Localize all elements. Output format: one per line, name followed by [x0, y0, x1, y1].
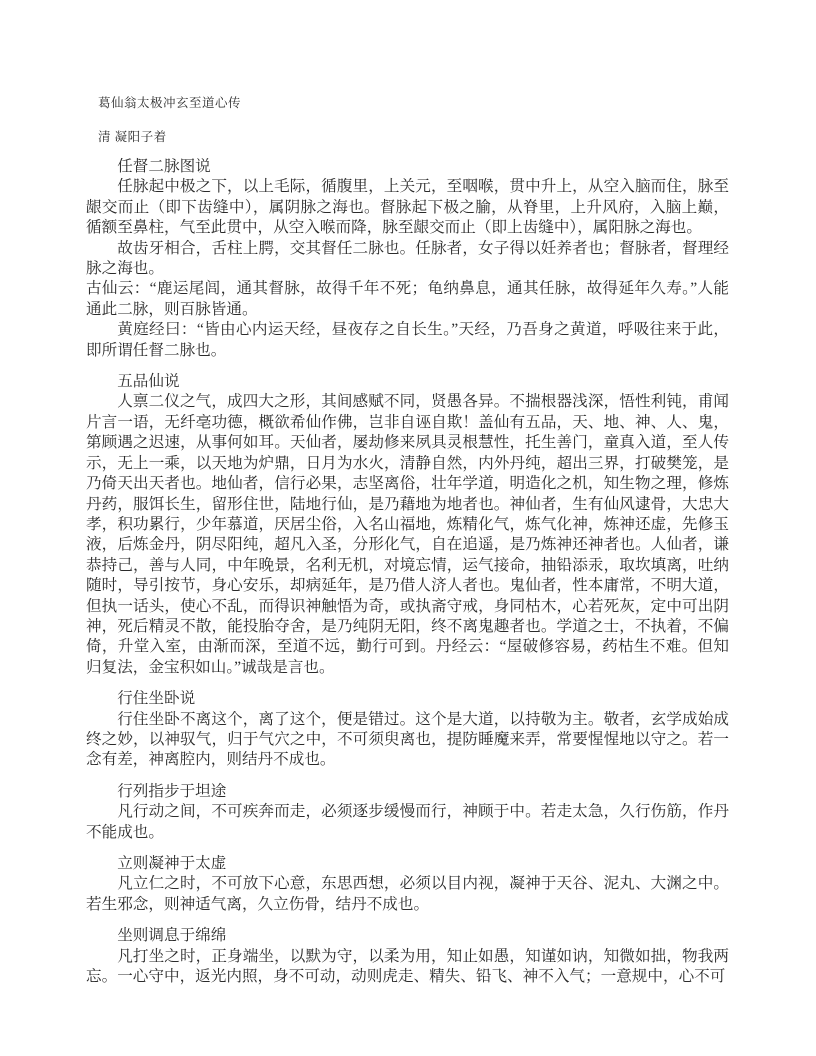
section-heading: 立则凝神于太虚: [86, 854, 729, 874]
paragraph: 故齿牙相合，舌柱上腭，交其督任二脉也。任脉者，女子得以妊养者也；督脉者，督理经脉…: [86, 239, 729, 280]
section-xingzhu-zuowo: 行住坐卧说 行住坐卧不离这个，离了这个，便是错过。这个是大道，以持敬为主。敬者，…: [86, 689, 729, 771]
paragraph: 任脉起中极之下，以上毛际，循腹里，上关元，至咽喉，贯中升上，从空入脑而住，脉至龈…: [86, 177, 729, 238]
document-content: 葛仙翁太极冲玄至道心传 清 凝阳子着 任督二脉图说 任脉起中极之下，以上毛际，循…: [86, 95, 729, 987]
section-heading: 坐则调息于绵绵: [86, 926, 729, 946]
paragraph: 凡打坐之时，正身端坐，以默为守，以柔为用，知止如愚，知谨如讷，知微如拙，物我两忘…: [86, 947, 729, 988]
section-wupin-xianshuo: 五品仙说 人禀二仪之气，成四大之形，其间感赋不同，贤愚各异。不揣根器浅深，悟性利…: [86, 372, 729, 678]
section-zuo-mianmian: 坐则调息于绵绵 凡打坐之时，正身端坐，以默为守，以柔为用，知止如愚，知谨如讷，知…: [86, 926, 729, 987]
document-page: 葛仙翁太极冲玄至道心传 清 凝阳子着 任督二脉图说 任脉起中极之下，以上毛际，循…: [0, 0, 816, 1056]
section-li-taixu: 立则凝神于太虚 凡立仁之时，不可放下心意，东思西想，必须以目内视，凝神于天谷、泥…: [86, 854, 729, 915]
section-heading: 五品仙说: [86, 372, 729, 392]
section-heading: 行住坐卧说: [86, 689, 729, 709]
paragraph: 凡行动之间，不可疾奔而走，必须逐步缓慢而行，神顾于中。若走太急，久行伤筋，作丹不…: [86, 802, 729, 843]
section-heading: 任督二脉图说: [86, 157, 729, 177]
paragraph: 黄庭经曰：“皆由心内运天经，昼夜存之自长生。”天经，乃吾身之黄道，呼吸往来于此，…: [86, 320, 729, 361]
paragraph: 行住坐卧不离这个，离了这个，便是错过。这个是大道，以持敬为主。敬者，玄学成始成终…: [86, 710, 729, 771]
paragraph: 凡立仁之时，不可放下心意，东思西想，必须以目内视，凝神于天谷、泥丸、大渊之中。若…: [86, 874, 729, 915]
paragraph: 古仙云：“鹿运尾闾，通其督脉，故得千年不死；龟纳鼻息，通其任脉，故得延年久寿。”…: [86, 279, 729, 320]
section-xing-tantu: 行列指步于坦途 凡行动之间，不可疾奔而走，必须逐步缓慢而行，神顾于中。若走太急，…: [86, 782, 729, 843]
section-rendu-ermai: 任督二脉图说 任脉起中极之下，以上毛际，循腹里，上关元，至咽喉，贯中升上，从空入…: [86, 157, 729, 361]
document-title: 葛仙翁太极冲玄至道心传: [98, 95, 729, 112]
section-heading: 行列指步于坦途: [86, 782, 729, 802]
document-author: 清 凝阳子着: [98, 129, 729, 146]
paragraph: 人禀二仪之气，成四大之形，其间感赋不同，贤愚各异。不揣根器浅深，悟性利钝，甫闻片…: [86, 392, 729, 678]
